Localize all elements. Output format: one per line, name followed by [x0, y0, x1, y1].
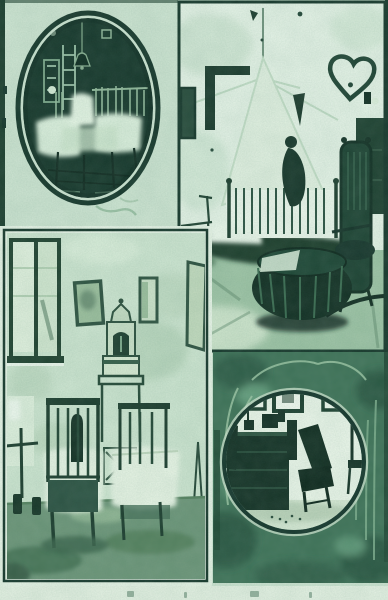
scanned-page: [0, 0, 388, 600]
light-speckle-overlay: [0, 0, 388, 600]
